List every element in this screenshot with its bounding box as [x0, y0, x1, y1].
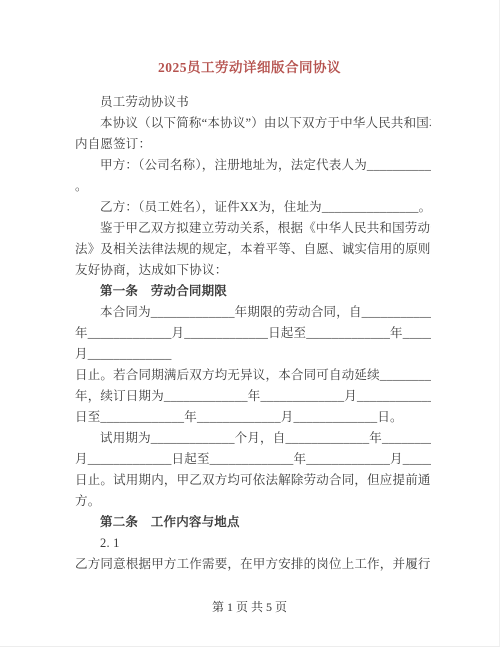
- document-page: 2025员工劳动详细版合同协议 员工劳动协议书本协议（以下简称“本协议”）由以下…: [0, 0, 500, 647]
- document-line: 鉴于甲乙双方拟建立劳动关系，根据《中华人民共和国劳动合同: [75, 218, 431, 239]
- document-line: 员工劳动协议书: [75, 92, 431, 113]
- document-line: 乙方同意根据甲方工作需要，在甲方安排的岗位上工作，并履行该岗: [75, 554, 431, 575]
- footer-label-gong: 共: [251, 600, 263, 614]
- document-line: 第一条 劳动合同期限: [75, 281, 431, 302]
- document-line: 2. 1: [75, 533, 431, 554]
- footer-total-pages: 5: [263, 600, 275, 614]
- document-line: 内自愿签订：: [75, 134, 431, 155]
- document-line: 方。: [75, 491, 431, 512]
- document-line: 日止。试用期内，甲乙双方均可依法解除劳动合同，但应提前通知对: [75, 470, 431, 491]
- footer-label-ye2: 页: [275, 600, 287, 614]
- footer-label-ye1: 页: [236, 600, 248, 614]
- document-body: 员工劳动协议书本协议（以下简称“本协议”）由以下双方于中华人民共和国境内自愿签订…: [75, 92, 431, 575]
- document-line: 。: [75, 176, 431, 197]
- document-line: 本合同为_____________年期限的劳动合同，自_____________: [75, 302, 431, 323]
- document-line: 法》及相关法律法规的规定，本着平等、自愿、诚实信用的原则，经: [75, 239, 431, 260]
- document-line: 年_____________月_____________日起至_________…: [75, 323, 431, 344]
- page-title: 2025员工劳动详细版合同协议: [0, 58, 499, 78]
- document-line: 第二条 工作内容与地点: [75, 512, 431, 533]
- document-line: 试用期为_____________个月，自_____________年_____…: [75, 428, 431, 449]
- document-line: 甲方：（公司名称），注册地址为，法定代表人为_____________: [75, 155, 431, 176]
- document-line: 年，续订日期为_____________年_____________月_____…: [75, 386, 431, 407]
- footer-label-di: 第: [212, 600, 224, 614]
- document-line: 日至_____________年_____________月__________…: [75, 407, 431, 428]
- footer-page-number: 1: [224, 600, 236, 614]
- document-line: 乙方：（员工姓名），证件XX为，住址为_______________。: [75, 197, 431, 218]
- document-line: 月_____________日起至_____________年_________…: [75, 449, 431, 470]
- document-line: 日止。若合同期满后双方均无异议，本合同可自动延续___________: [75, 365, 431, 386]
- document-line: 本协议（以下简称“本协议”）由以下双方于中华人民共和国境: [75, 113, 431, 134]
- document-line: 月_____________: [75, 344, 431, 365]
- document-line: 友好协商，达成如下协议：: [75, 260, 431, 281]
- page-footer: 第1页 共5页: [0, 597, 499, 617]
